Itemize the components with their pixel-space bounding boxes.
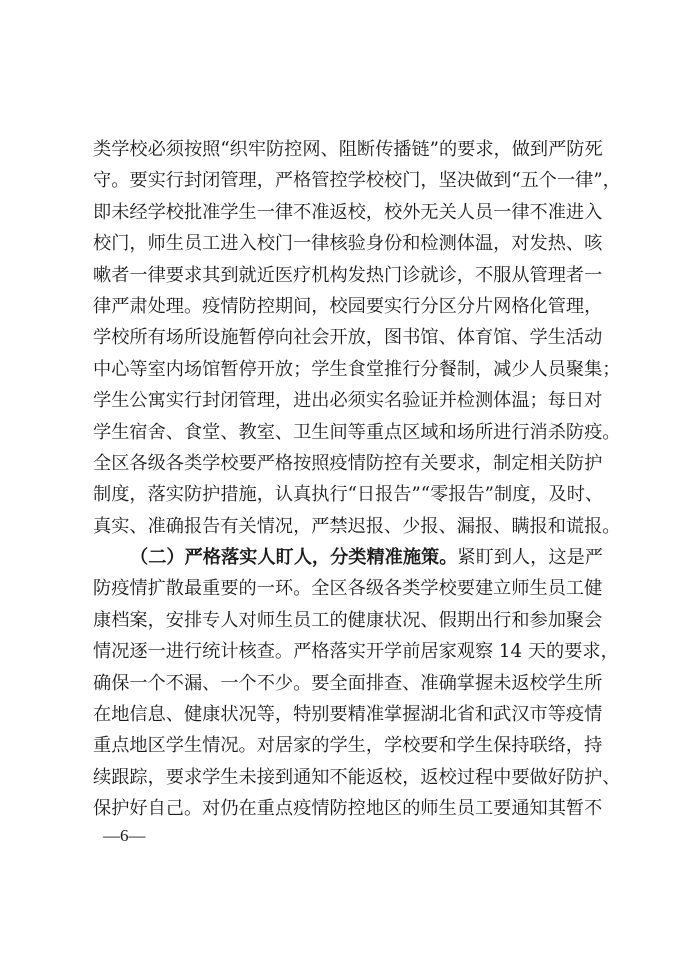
text-line: 类学校必须按照“织牢防控网、阻断传播链”的要求，做到严防死 xyxy=(93,134,596,165)
page-number: —6— xyxy=(103,826,146,846)
text-line: 真实、准确报告有关情况，严禁迟报、少报、漏报、瞒报和谎报。 xyxy=(93,511,596,542)
text-line: 保护好自己。对仍在重点疫情防控地区的师生员工要通知其暂不 xyxy=(93,793,596,824)
text-line: 学校所有场所设施暂停向社会开放，图书馆、体育馆、学生活动 xyxy=(93,322,596,353)
text-line: 校门，师生员工进入校门一律核验身份和检测体温，对发热、咳 xyxy=(93,228,596,259)
text-line: 学生宿舍、食堂、教室、卫生间等重点区域和场所进行消杀防疫。 xyxy=(93,417,596,448)
paragraph-1: 类学校必须按照“织牢防控网、阻断传播链”的要求，做到严防死 守。要实行封闭管理，… xyxy=(93,134,596,542)
text-line: 学生公寓实行封闭管理，进出必须实名验证并检测体温；每日对 xyxy=(93,385,596,416)
text-line: 续跟踪，要求学生未接到通知不能返校，返校过程中要做好防护、 xyxy=(93,762,596,793)
document-page: 类学校必须按照“织牢防控网、阻断传播链”的要求，做到严防死 守。要实行封闭管理，… xyxy=(0,0,680,961)
text-line: 即未经学校批准学生一律不准返校，校外无关人员一律不准进入 xyxy=(93,197,596,228)
text-line: 防疫情扩散最重要的一环。全区各级各类学校要建立师生员工健 xyxy=(93,573,596,604)
section-heading-line: （二）严格落实人盯人，分类精准施策。紧盯到人，这是严 xyxy=(93,542,596,573)
text-line: 康档案，安排专人对师生员工的健康状况、假期出行和参加聚会 xyxy=(93,605,596,636)
text-span: 紧盯到人，这是严 xyxy=(457,547,603,568)
text-line: 确保一个不漏、一个不少。要全面排查、准确掌握未返校学生所 xyxy=(93,668,596,699)
text-line: 守。要实行封闭管理，严格管控学校校门，坚决做到“五个一律”， xyxy=(93,165,596,196)
section-heading: （二）严格落实人盯人，分类精准施策。 xyxy=(130,547,457,568)
text-line: 中心等室内场馆暂停开放；学生食堂推行分餐制，减少人员聚集； xyxy=(93,354,596,385)
text-line: 嗽者一律要求其到就近医疗机构发热门诊就诊，不服从管理者一 xyxy=(93,260,596,291)
text-line: 制度，落实防护措施，认真执行“日报告”“零报告”制度，及时、 xyxy=(93,479,596,510)
body-text: 类学校必须按照“织牢防控网、阻断传播链”的要求，做到严防死 守。要实行封闭管理，… xyxy=(93,134,596,825)
text-line: 重点地区学生情况。对居家的学生，学校要和学生保持联络，持 xyxy=(93,730,596,761)
paragraph-2: （二）严格落实人盯人，分类精准施策。紧盯到人，这是严 防疫情扩散最重要的一环。全… xyxy=(93,542,596,825)
text-line: 情况逐一进行统计核查。严格落实开学前居家观察 14 天的要求， xyxy=(93,636,596,667)
text-line: 律严肃处理。疫情防控期间，校园要实行分区分片网格化管理， xyxy=(93,291,596,322)
text-line: 在地信息、健康状况等，特别要精准掌握湖北省和武汉市等疫情 xyxy=(93,699,596,730)
text-line: 全区各级各类学校要严格按照疫情防控有关要求，制定相关防护 xyxy=(93,448,596,479)
